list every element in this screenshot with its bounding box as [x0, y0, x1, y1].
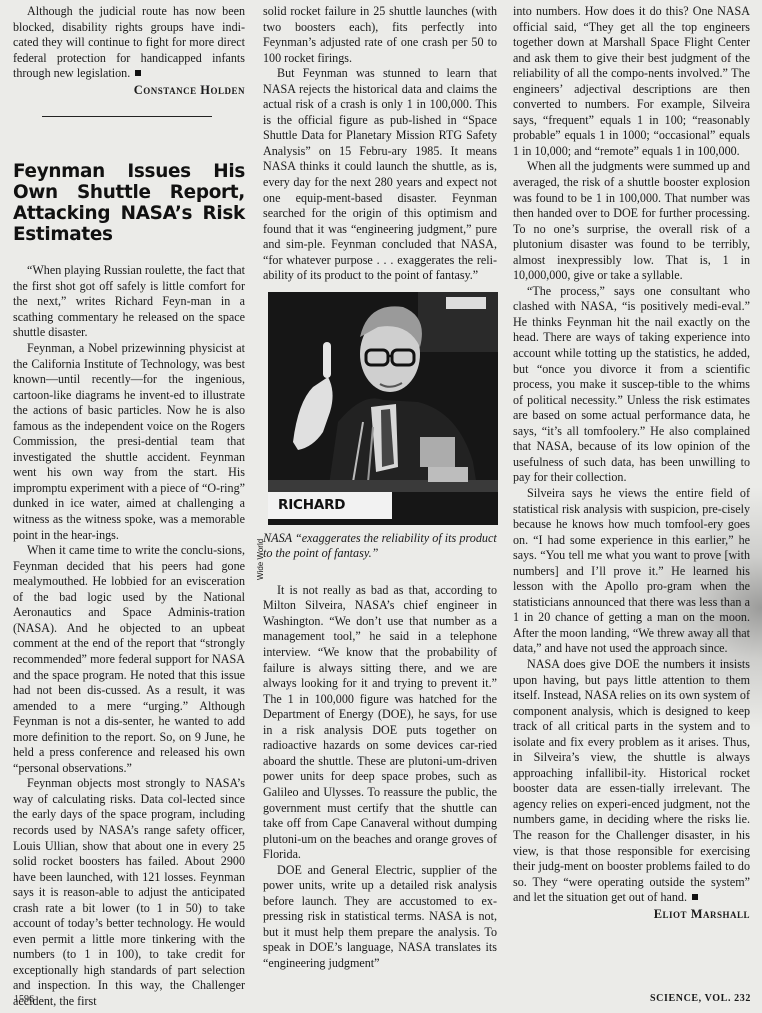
article-byline: Eliot Marshall: [513, 907, 750, 923]
paragraph: “The process,” says one consultant who c…: [513, 284, 750, 486]
paragraph: Feynman, a Nobel prizewinning physicist …: [13, 341, 245, 543]
prev-article-ending: Although the judicial route has now been…: [13, 4, 245, 82]
paragraph: Silveira says he views the entire field …: [513, 486, 750, 657]
photo-caption: NASA “exaggerates the reliability of its…: [263, 531, 497, 561]
photo-illustration: [268, 292, 498, 525]
magazine-page: Although the judicial route has now been…: [0, 0, 762, 1013]
paragraph-last: NASA does give DOE the numbers it insist…: [513, 657, 750, 906]
article-headline: Feynman Issues His Own Shuttle Report, A…: [13, 161, 245, 245]
column-1: Although the judicial route has now been…: [13, 4, 245, 1010]
paragraph: “When playing Russian roulette, the fact…: [13, 263, 245, 341]
paragraph: When it came time to write the conclu-si…: [13, 543, 245, 776]
prev-article-byline: Constance Holden: [13, 83, 245, 99]
end-mark-icon: [692, 894, 698, 900]
paragraph: When all the judgments were summed up an…: [513, 159, 750, 283]
journal-footer: SCIENCE, VOL. 232: [650, 993, 751, 1004]
paragraph: into numbers. How does it do this? One N…: [513, 4, 750, 159]
paragraph: solid rocket failure in 25 shuttle launc…: [263, 4, 497, 66]
nameplate: RICHARD FEYNMAN: [268, 492, 392, 519]
column-3: into numbers. How does it do this? One N…: [513, 4, 750, 922]
article-divider: [42, 116, 212, 117]
photo-credit: Wide World: [256, 570, 265, 580]
paragraph: DOE and General Electric, supplier of th…: [263, 863, 497, 972]
paragraph: Feynman objects most strongly to NASA’s …: [13, 776, 245, 1009]
paragraph: It is not really as bad as that, accordi…: [263, 583, 497, 863]
column-2: solid rocket failure in 25 shuttle launc…: [263, 4, 497, 972]
page-number: 1596: [14, 994, 34, 1005]
paragraph: But Feynman was stunned to learn that NA…: [263, 66, 497, 284]
end-mark-icon: [135, 70, 141, 76]
feynman-photo: RICHARD FEYNMAN: [268, 292, 498, 525]
